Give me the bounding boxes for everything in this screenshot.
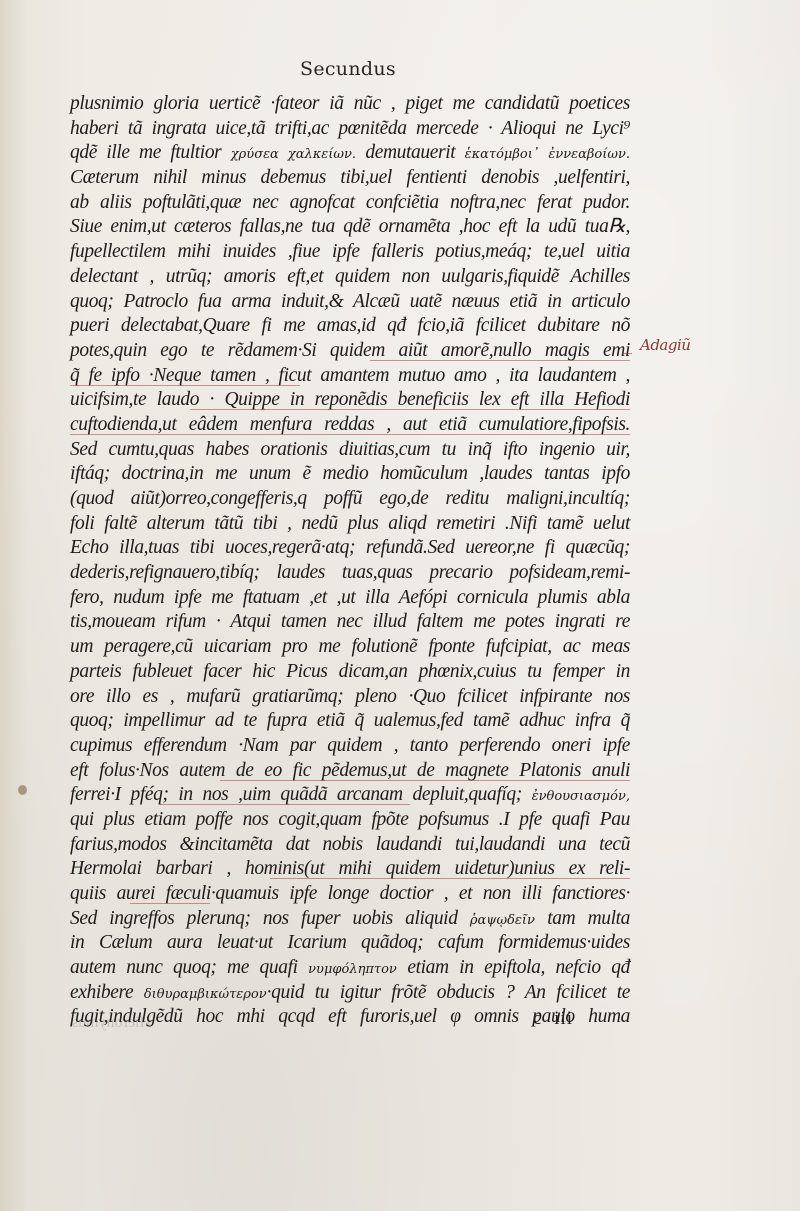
latin-text: dederis,refignauero,tibíq; laudes tuas,q…: [70, 562, 630, 583]
margin-note-annotation: Adagiũ: [640, 336, 690, 354]
text-line: quiis aurei fæculi·quamuis ipfe longe do…: [70, 882, 630, 907]
text-line: cupimus efferendum ·Nam par quidem , tan…: [70, 734, 630, 759]
latin-text: Siue enim,ut cæteros fallas,ne tua qdẽ o…: [70, 216, 630, 237]
text-line: (quod aiũt)orreo,congefferis,q poffũ ego…: [70, 487, 630, 512]
text-line: Hermolai barbari , hominis(ut mihi quide…: [70, 857, 630, 882]
latin-text: cupimus efferendum ·Nam par quidem , tan…: [70, 735, 630, 756]
latin-text: quoq; Patroclo fua arma induit,& Alcæũ u…: [70, 291, 630, 312]
text-line: in Cælum aura leuat·ut Icarium quãdoq; c…: [70, 931, 630, 956]
text-line: foli faltẽ alterum tãtũ tibi , nedũ plus…: [70, 512, 630, 537]
latin-text: Cæterum nihil minus debemus tibi,uel fen…: [70, 167, 630, 188]
red-underline: [70, 385, 300, 386]
greek-phrase: χρύσεα χαλκείων.: [231, 147, 356, 162]
latin-text: fupellectilem mihi inuides ,fiue ipfe fa…: [70, 241, 630, 262]
latin-text: ab aliis poftulãti,quæ nec agnofcat conf…: [70, 192, 630, 213]
text-line: ore illo es , mufarũ gratiarũmq; pleno ·…: [70, 685, 630, 710]
latin-text: quiis aurei fæculi·quamuis ipfe longe do…: [70, 883, 630, 904]
text-line: autem nunc quoq; me quafi νυμφόληπτον et…: [70, 956, 630, 981]
latin-text: pueri delectabat,Quare fi me amas,id qđ …: [70, 315, 630, 336]
text-line: Siue enim,ut cæteros fallas,ne tua qdẽ o…: [70, 215, 630, 240]
text-line: cuftodienda,ut eâdem menfura reddas , au…: [70, 413, 630, 438]
red-underline: [270, 878, 630, 879]
latin-text: potes,quin ego te rẽdamem·Si quidem aiũt…: [70, 340, 630, 361]
latin-text: cuftodienda,ut eâdem menfura reddas , au…: [70, 414, 630, 435]
latin-text: ·quid tu igitur frõtẽ obducis ? An fcili…: [267, 982, 630, 1003]
text-line: Sed ingreffos plerunq; nos fuper uobis a…: [70, 907, 630, 932]
text-line: iftáq; doctrina,in me unum ẽ medio homũc…: [70, 462, 630, 487]
red-underline: [190, 409, 630, 410]
latin-text: haberi tã ingrata uice,tã trifti,ac pœni…: [70, 118, 630, 139]
signature-mark: c iii: [533, 1008, 573, 1030]
latin-text: uicifsim,te laudo · Quippe in reponẽdis …: [70, 389, 630, 410]
latin-text: qui plus etiam poffe nos cogit,quam fpõt…: [70, 809, 630, 830]
text-line: fero, nudum ipfe me ftatuam ,et ,ut illa…: [70, 586, 630, 611]
latin-text: iftáq; doctrina,in me unum ẽ medio homũc…: [70, 463, 630, 484]
red-underline: [130, 903, 210, 904]
latin-text: eft folus·Nos autem de eo fic pẽdemus,ut…: [70, 760, 630, 781]
red-underline: [70, 434, 630, 435]
latin-text: in Cælum aura leuat·ut Icarium quãdoq; c…: [70, 932, 630, 953]
text-line: ab aliis poftulãti,quæ nec agnofcat conf…: [70, 191, 630, 216]
text-line: um peragere,cũ uicariam pro me folutionẽ…: [70, 635, 630, 660]
latin-text: quoq; impellimur ad te fupra etiã q̃ ual…: [70, 710, 630, 731]
text-line: pueri delectabat,Quare fi me amas,id qđ …: [70, 314, 630, 339]
text-line: tis,moueam rifum · Atqui tamen nec illud…: [70, 610, 630, 635]
greek-phrase: νυμφόληπτον: [308, 962, 397, 977]
latin-text: ferrei·I pféq; in nos ,uim quãdã arcanam…: [70, 784, 532, 805]
latin-text: parteis fubleuet facer hic Picus dicam,a…: [70, 661, 630, 682]
latin-text: delectant , utrũq; amoris eft,et quidem …: [70, 266, 630, 287]
latin-text: fero, nudum ipfe me ftatuam ,et ,ut illa…: [70, 587, 630, 608]
latin-text: etiam in epiftola, nefcio qđ: [397, 957, 630, 978]
text-line: Sed cumtu,quas habes orationis diuitias,…: [70, 438, 630, 463]
text-line: delectant , utrũq; amoris eft,et quidem …: [70, 265, 630, 290]
latin-text: q̃ fe ipfo ·Neque tamen , ficut amantem …: [70, 365, 630, 386]
text-line: fupellectilem mihi inuides ,fiue ipfe fa…: [70, 240, 630, 265]
text-line: quoq; Patroclo fua arma induit,& Alcæũ u…: [70, 290, 630, 315]
greek-phrase: διθυραμβικώτερον: [144, 987, 267, 1002]
book-page: Secundus plusnimio gloria uerticẽ ·fateo…: [0, 0, 800, 1211]
text-line: qdẽ ille me ftultior χρύσεα χαλκείων. de…: [70, 141, 630, 166]
greek-phrase: ἐνθουσιασμόν,: [532, 789, 630, 804]
greek-phrase: ῥαψῳδεῖν: [470, 913, 535, 928]
latin-text: Hermolai barbari , hominis(ut mihi quide…: [70, 858, 630, 879]
latin-text: foli faltẽ alterum tãtũ tibi , nedũ plus…: [70, 513, 630, 534]
latin-text: farius,modos &incitamẽta dat nobis lauda…: [70, 834, 630, 855]
latin-text: qdẽ ille me ftultior: [70, 142, 231, 163]
text-line: q̃ fe ipfo ·Neque tamen , ficut amantem …: [70, 364, 630, 389]
text-line: uicifsim,te laudo · Quippe in reponẽdis …: [70, 388, 630, 413]
latin-text: demutauerit: [356, 142, 465, 163]
latin-text: um peragere,cũ uicariam pro me folutionẽ…: [70, 636, 630, 657]
text-line: quoq; impellimur ad te fupra etiã q̃ ual…: [70, 709, 630, 734]
red-underline: [220, 780, 630, 781]
latin-text: tam multa: [535, 908, 630, 929]
latin-text: exhibere: [70, 982, 144, 1003]
foxing-spot: [18, 785, 27, 795]
red-underline: [160, 804, 410, 805]
text-line: qui plus etiam poffe nos cogit,quam fpõt…: [70, 808, 630, 833]
greek-phrase: ἑκατόμβοι᾽ ἐννεαβοίων.: [465, 147, 630, 162]
text-line: haberi tã ingrata uice,tã trifti,ac pœni…: [70, 117, 630, 142]
latin-text: ore illo es , mufarũ gratiarũmq; pleno ·…: [70, 686, 630, 707]
text-line: dederis,refignauero,tibíq; laudes tuas,q…: [70, 561, 630, 586]
text-line: potes,quin ego te rẽdamem·Si quidem aiũt…: [70, 339, 630, 364]
red-underline: [370, 360, 630, 361]
margin-note-pointer: [622, 353, 632, 354]
latin-text: (quod aiũt)orreo,congefferis,q poffũ ego…: [70, 488, 630, 509]
text-line: parteis fubleuet facer hic Picus dicam,a…: [70, 660, 630, 685]
latin-text: tis,moueam rifum · Atqui tamen nec illud…: [70, 611, 630, 632]
running-head: Secundus: [300, 58, 500, 80]
latin-text: plusnimio gloria uerticẽ ·fateor iã nũc …: [70, 93, 630, 114]
latin-text: Sed cumtu,quas habes orationis diuitias,…: [70, 439, 630, 460]
latin-text: autem nunc quoq; me quafi: [70, 957, 308, 978]
latin-text: Sed ingreffos plerunq; nos fuper uobis a…: [70, 908, 470, 929]
text-line: eft folus·Nos autem de eo fic pẽdemus,ut…: [70, 759, 630, 784]
latin-text: Echo illa,tuas tibi uoces,regerã·atq; re…: [70, 537, 630, 558]
text-line: farius,modos &incitamẽta dat nobis lauda…: [70, 833, 630, 858]
body-text: plusnimio gloria uerticẽ ·fateor iã nũc …: [70, 92, 630, 1030]
text-line: Echo illa,tuas tibi uoces,regerã·atq; re…: [70, 536, 630, 561]
text-line: plusnimio gloria uerticẽ ·fateor iã nũc …: [70, 92, 630, 117]
bleed-through-text: Hieronymus: [72, 1014, 151, 1032]
text-line: ferrei·I pféq; in nos ,uim quãdã arcanam…: [70, 783, 630, 808]
text-line: Cæterum nihil minus debemus tibi,uel fen…: [70, 166, 630, 191]
text-line: exhibere διθυραμβικώτερον·quid tu igitur…: [70, 981, 630, 1006]
